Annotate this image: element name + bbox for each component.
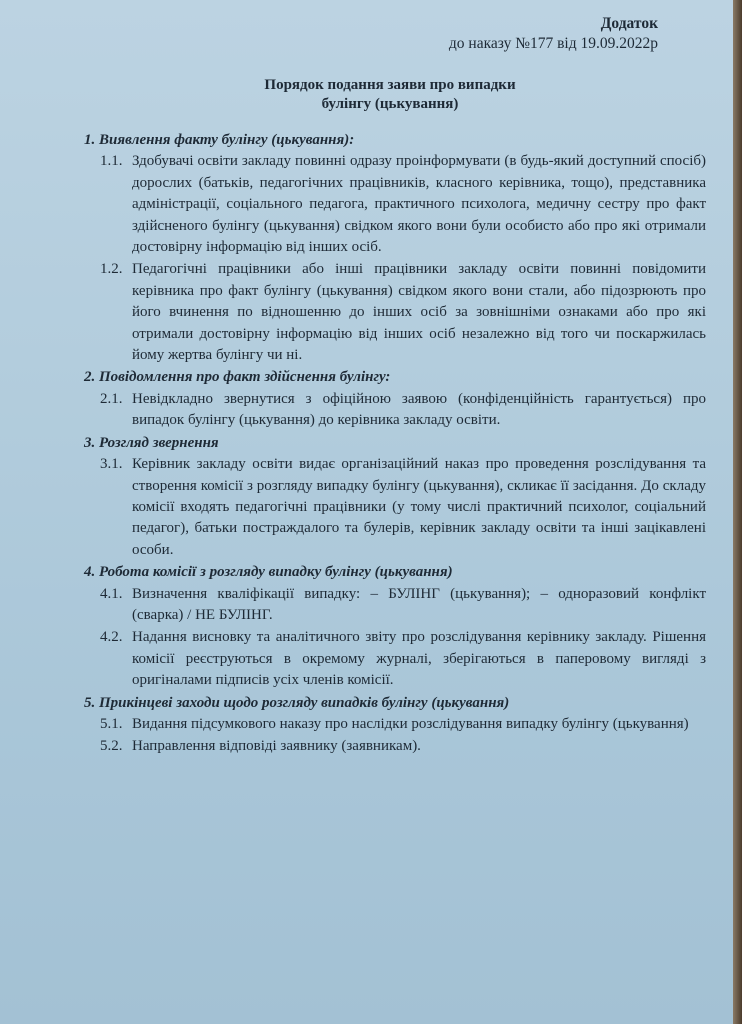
item-number: 4.1. bbox=[100, 584, 132, 627]
item-text: Керівник закладу освіти видає організаці… bbox=[132, 454, 706, 561]
item-text: Педагогічні працівники або інші працівни… bbox=[132, 259, 706, 366]
section-3: 3. Розгляд звернення 3.1. Керівник закла… bbox=[84, 433, 706, 561]
appendix-label: Додаток bbox=[449, 14, 658, 34]
list-item: 4.1. Визначення кваліфікації випадку: – … bbox=[100, 584, 706, 627]
section-5: 5. Прикінцеві заходи щодо розгляду випад… bbox=[84, 693, 706, 758]
list-item: 3.1. Керівник закладу освіти видає орган… bbox=[100, 454, 706, 561]
section-heading: 3. Розгляд звернення bbox=[84, 433, 706, 454]
section-heading: 4. Робота комісії з розгляду випадку бул… bbox=[84, 562, 706, 583]
title-line-2: булінгу (цькування) bbox=[0, 95, 742, 114]
item-number: 1.1. bbox=[100, 151, 132, 258]
item-number: 5.1. bbox=[100, 714, 132, 735]
item-number: 2.1. bbox=[100, 389, 132, 432]
item-text: Невідкладно звернутися з офіційною заяво… bbox=[132, 389, 706, 432]
document-title: Порядок подання заяви про випадки булінг… bbox=[0, 76, 742, 114]
section-2: 2. Повідомлення про факт здійснення булі… bbox=[84, 367, 706, 431]
list-item: 4.2. Надання висновку та аналітичного зв… bbox=[100, 627, 706, 691]
item-text: Визначення кваліфікації випадку: – БУЛІН… bbox=[132, 584, 706, 627]
paper-edge-background bbox=[733, 0, 742, 1024]
document-page: Додаток до наказу №177 від 19.09.2022р П… bbox=[0, 0, 733, 1024]
appendix-reference: до наказу №177 від 19.09.2022р bbox=[449, 34, 658, 54]
section-heading: 1. Виявлення факту булінгу (цькування): bbox=[84, 130, 706, 151]
item-text: Видання підсумкового наказу про наслідки… bbox=[132, 714, 706, 735]
item-number: 5.2. bbox=[100, 736, 132, 757]
section-heading: 2. Повідомлення про факт здійснення булі… bbox=[84, 367, 706, 388]
title-line-1: Порядок подання заяви про випадки bbox=[0, 76, 742, 95]
section-heading: 5. Прикінцеві заходи щодо розгляду випад… bbox=[84, 693, 706, 714]
list-item: 5.1. Видання підсумкового наказу про нас… bbox=[100, 714, 706, 735]
list-item: 5.2. Направлення відповіді заявнику (зая… bbox=[100, 736, 706, 757]
list-item: 1.1. Здобувачі освіти закладу повинні од… bbox=[100, 151, 706, 258]
item-number: 1.2. bbox=[100, 259, 132, 366]
item-number: 3.1. bbox=[100, 454, 132, 561]
item-text: Надання висновку та аналітичного звіту п… bbox=[132, 627, 706, 691]
document-body: 1. Виявлення факту булінгу (цькування): … bbox=[84, 130, 706, 759]
list-item: 2.1. Невідкладно звернутися з офіційною … bbox=[100, 389, 706, 432]
item-text: Здобувачі освіти закладу повинні одразу … bbox=[132, 151, 706, 258]
item-text: Направлення відповіді заявнику (заявника… bbox=[132, 736, 706, 757]
section-4: 4. Робота комісії з розгляду випадку бул… bbox=[84, 562, 706, 691]
appendix-header: Додаток до наказу №177 від 19.09.2022р bbox=[449, 14, 658, 54]
list-item: 1.2. Педагогічні працівники або інші пра… bbox=[100, 259, 706, 366]
item-number: 4.2. bbox=[100, 627, 132, 691]
section-1: 1. Виявлення факту булінгу (цькування): … bbox=[84, 130, 706, 366]
